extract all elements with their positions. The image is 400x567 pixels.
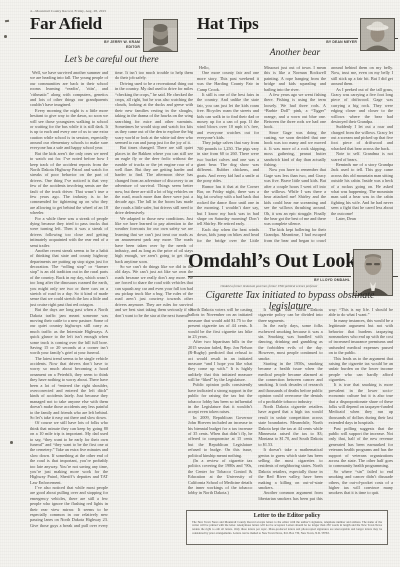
far-afield-byline: BY JERRY W. KRAM EDITOR: [30, 40, 140, 50]
article-paragraph: In many instances, this would be a legit…: [329, 318, 393, 356]
article-paragraph: As I peeked out of the tall grass, Gracy…: [331, 87, 393, 125]
scan-artifact: [10, 441, 13, 444]
article-paragraph: We adapted to those new conditions. Just…: [115, 216, 193, 265]
hat-tips-body: Hello,One more county fair and one more …: [197, 65, 393, 248]
article-paragraph: One more county fair and one more story.…: [197, 70, 259, 92]
article-paragraph: Public opinion polls consistently have i…: [188, 382, 252, 414]
omdahl-body: North Dakota voters will be casting ball…: [188, 307, 393, 506]
article-paragraph: It is true that smoking is more prevalen…: [329, 382, 393, 425]
hat-tips-title: Hat Tips: [197, 14, 259, 34]
omdahl-credit: Omdahl a former lieutenant governor, for…: [188, 284, 350, 288]
far-afield-byline-role: EDITOR: [126, 45, 140, 49]
article-paragraph: So where “sin” failed to end smoking and…: [329, 469, 393, 496]
article-paragraph: It seems that North Dakota cigarette pol…: [258, 307, 322, 323]
lloyd-omdahl-headshot-graphic: [354, 250, 392, 295]
far-afield-headline: Let’s be careful out there: [30, 55, 193, 65]
article-paragraph: This leads us to the argument that raisi…: [329, 356, 393, 383]
omdahl-title: Omdahl’s Out Look: [188, 250, 356, 273]
folio-line: 4—Mountrail County Record, Friday, Aug. …: [30, 9, 106, 13]
omdahl-byline: BY LLOYD OMDAHL: [188, 278, 350, 283]
article-paragraph: A few years ago we went fishing there. F…: [264, 92, 326, 130]
letter-policy-body: The New Town News and Mountrail County R…: [192, 521, 382, 536]
hat-tips-rule: [197, 38, 358, 40]
article-paragraph: In the early days, some folks eschewed s…: [258, 323, 322, 361]
hat-tips-headline: Another bear: [197, 48, 393, 58]
article-paragraph: Now you have to remember that Gage was l…: [264, 167, 326, 226]
article-paragraph: Driving used to be a recreational thing …: [115, 81, 193, 146]
article-paragraph: So we can’t do things like we did in the…: [115, 264, 193, 318]
article-paragraph: But times changed. There are still quiet…: [115, 145, 193, 215]
article-paragraph: North Dakota cigarette retailers have ar…: [258, 404, 322, 447]
omdahl-byline-name: BY LLOYD OMDAHL: [314, 278, 350, 282]
far-afield-body: Well, we have survived another summer an…: [30, 70, 193, 538]
article-paragraph: Another recent streak seems to be a habi…: [30, 248, 108, 307]
article-paragraph: Past polling suggests that the public wi…: [329, 426, 393, 469]
article-paragraph: It doesn’t take a mathematical genius to…: [258, 447, 322, 490]
article-paragraph: For a while there was a streak of people…: [30, 216, 108, 248]
article-paragraph: Rumor has it that at the Corner Bar, on …: [197, 184, 259, 227]
article-paragraph: Later, Dean: [331, 216, 393, 221]
article-paragraph: It still is one of the best fairs in the…: [197, 92, 259, 141]
hat-tips-byline: BY DEAN MEYER: [197, 40, 357, 45]
lloyd-omdahl-photo: [353, 249, 393, 296]
article-paragraph: Of course we still have lots of folks wh…: [30, 420, 108, 485]
article-paragraph: The latest trend seems to be single vehi…: [30, 356, 108, 421]
dean-meyer-headshot-graphic: [361, 19, 394, 50]
far-afield-title: Far Afield: [30, 14, 102, 34]
article-paragraph: Note to self. Grandma is not scared of b…: [331, 151, 393, 162]
jerry-kram-photo: [143, 19, 178, 52]
article-paragraph: But the days are long past when a North …: [30, 307, 108, 356]
letter-policy-box: Letter to the Editor policy The New Town…: [186, 510, 388, 545]
article-paragraph: Suddenly I let out a roar and charged fr…: [331, 124, 393, 151]
article-paragraph: Starting in the 1950s, smoking became a …: [258, 361, 322, 404]
hat-tips-byline-name: BY DEAN MEYER: [326, 40, 357, 44]
article-paragraph: They judge calves that vary from 700 pou…: [197, 140, 259, 183]
article-paragraph: Well, we have survived another summer an…: [30, 70, 108, 108]
dean-meyer-photo: [360, 18, 395, 51]
far-afield-byline-name: BY JERRY W. KRAM: [104, 40, 140, 44]
far-afield-rule: [30, 38, 142, 40]
article-paragraph: (In a review of cigarette tax politics c…: [188, 458, 252, 496]
article-paragraph: Every morning the night is a little more…: [30, 108, 108, 151]
jerry-kram-headshot-graphic: [144, 20, 177, 51]
article-paragraph: North Dakota voters will be casting ball…: [188, 307, 252, 339]
article-paragraph: In 2009, Republican Governor John Hoeven…: [188, 415, 252, 458]
letter-policy-title: Letter to the Editor policy: [192, 513, 382, 519]
article-paragraph: Since Gage was doing the casting, we soo…: [264, 130, 326, 168]
scan-artifact: [5, 20, 9, 22]
article-paragraph: Reminds me of a story Grandpa Jack used …: [331, 162, 393, 216]
article-paragraph: But the kids aren’t the only ones we nee…: [30, 151, 108, 216]
article-paragraph: After two bipartisan bills in the 2015 s…: [188, 339, 252, 382]
newspaper-page: 4—Mountrail County Record, Friday, Aug. …: [0, 0, 400, 567]
scan-artifact: [4, 35, 7, 38]
